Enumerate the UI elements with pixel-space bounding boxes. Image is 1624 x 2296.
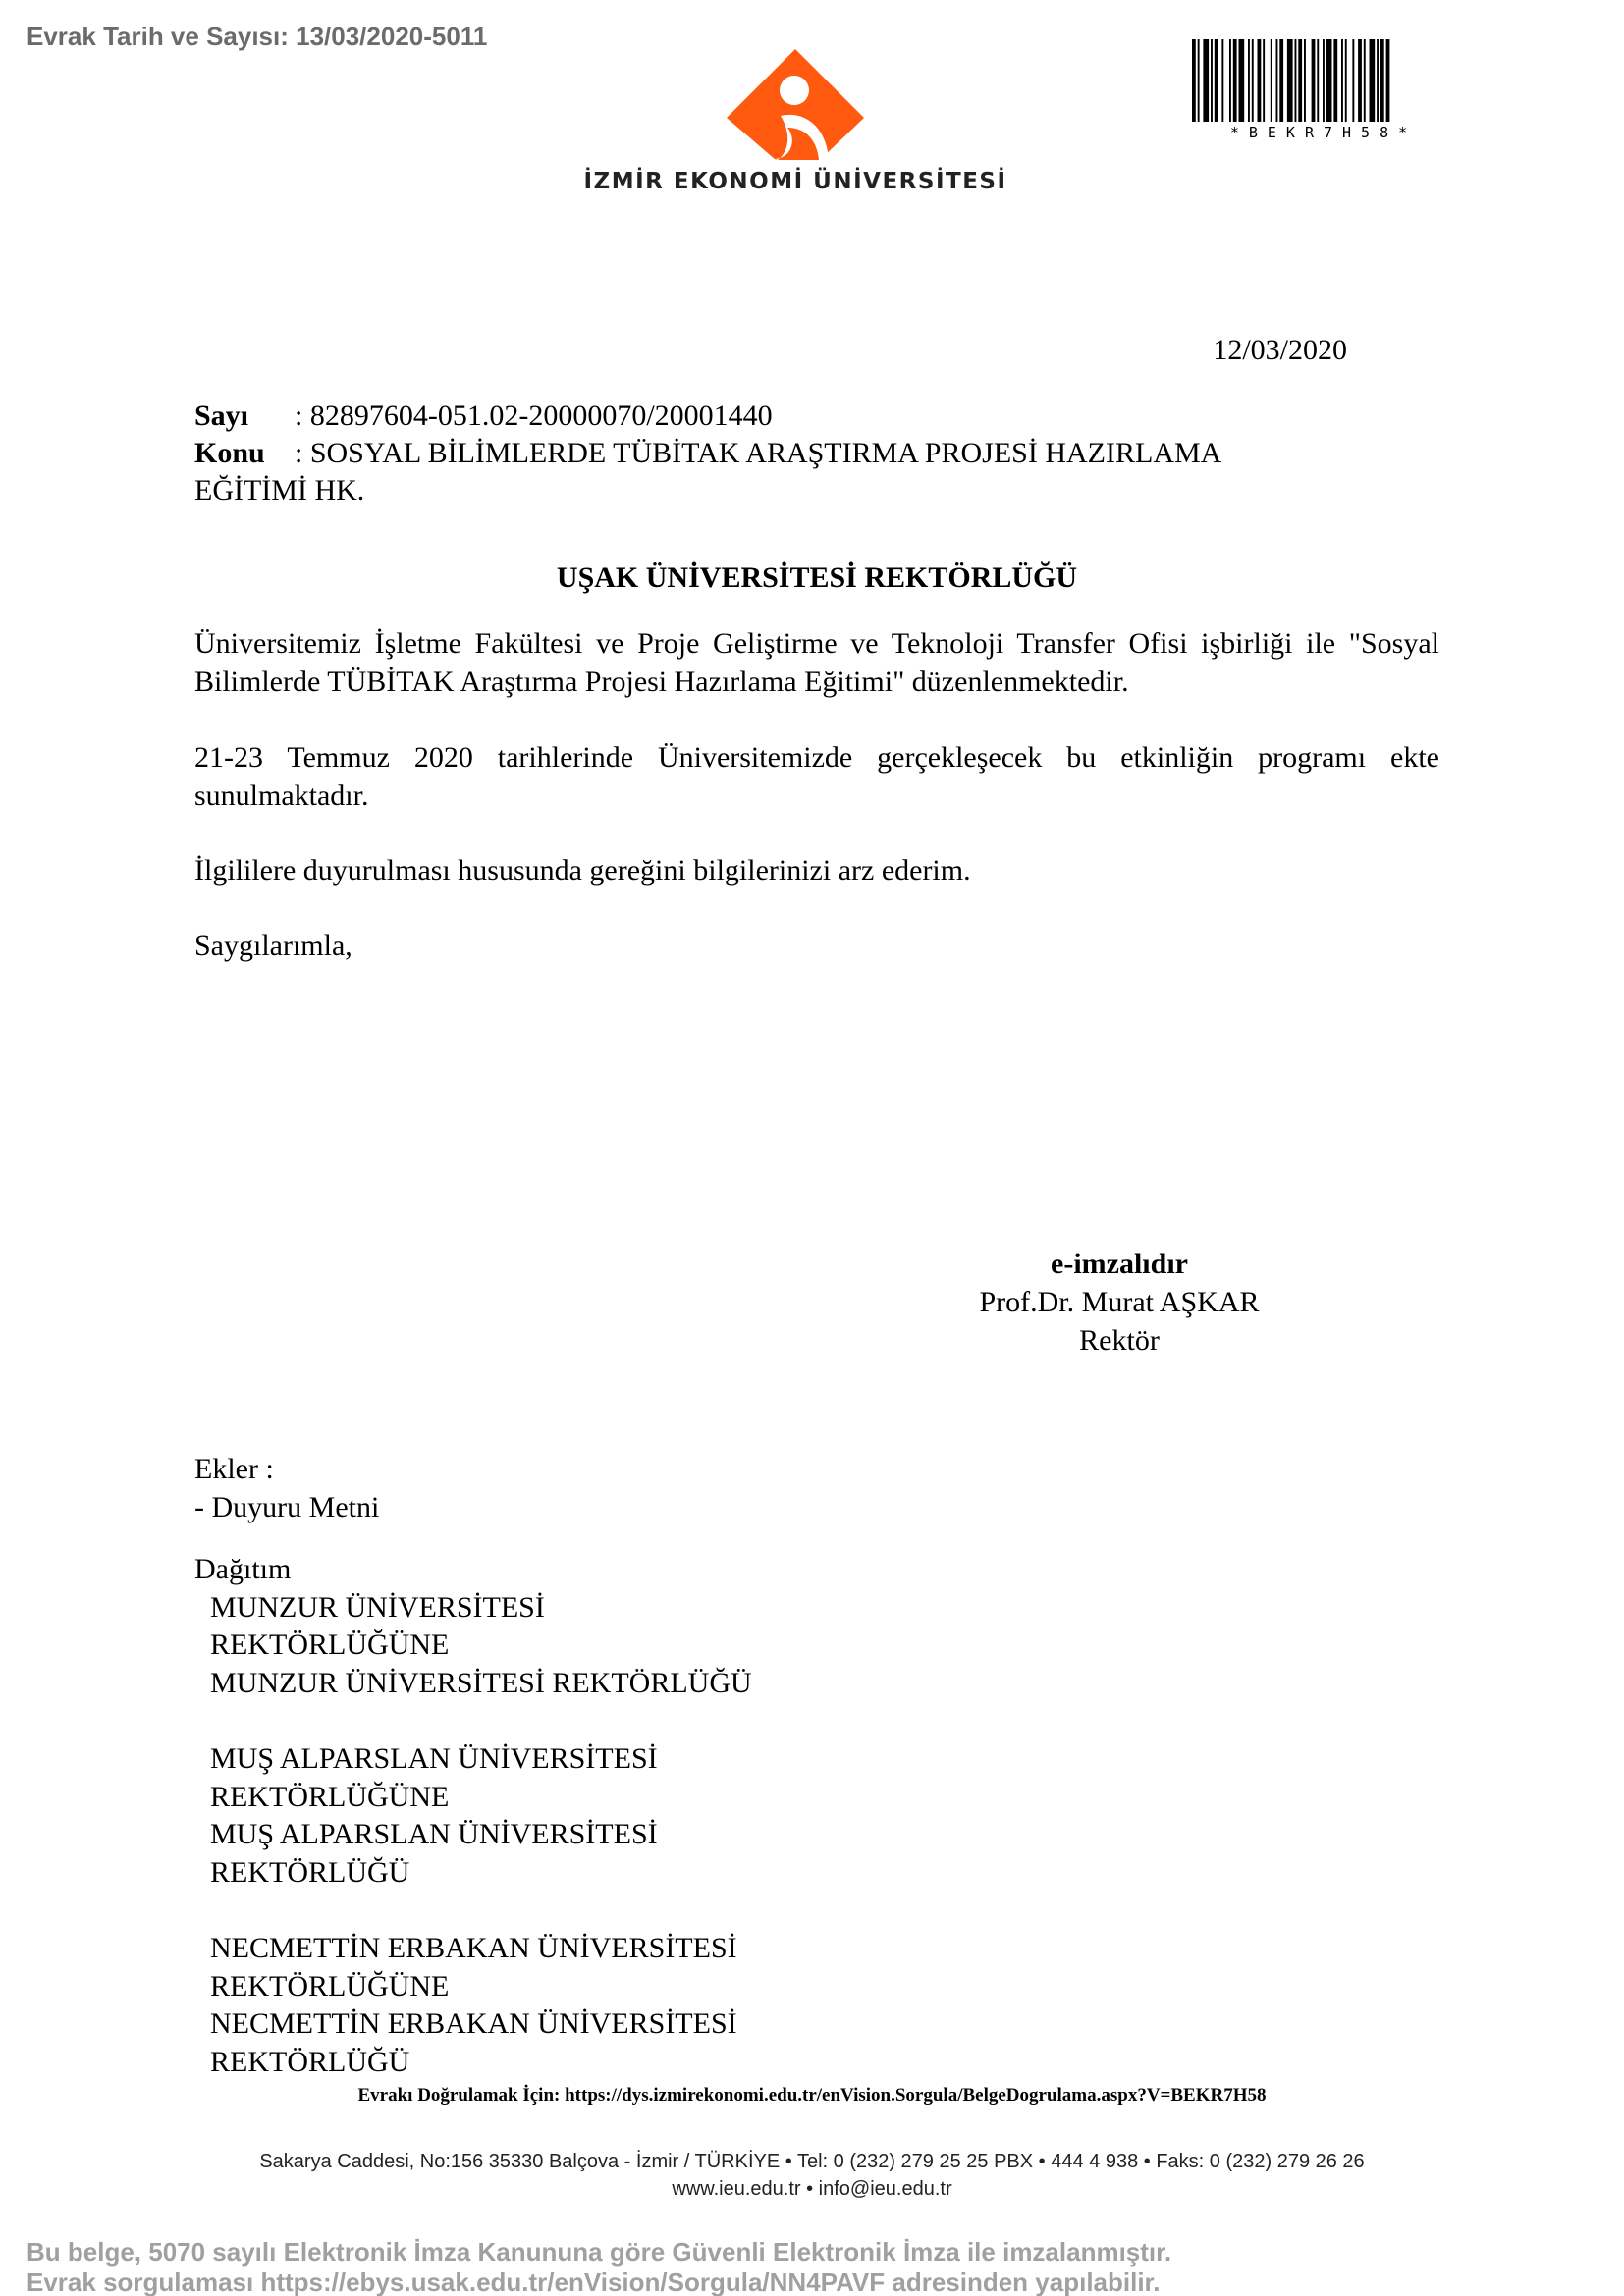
konu-label: Konu xyxy=(194,435,295,472)
distribution-recipient-line: REKTÖRLÜĞÜ xyxy=(194,1854,752,1893)
konu-value: : SOSYAL BİLİMLERDE TÜBİTAK ARAŞTIRMA PR… xyxy=(295,435,1221,472)
contact-line: www.ieu.edu.tr • info@ieu.edu.tr xyxy=(0,2175,1624,2203)
izmir-ekonomi-logo-icon xyxy=(727,49,864,167)
addressee-heading: UŞAK ÜNİVERSİTESİ REKTÖRLÜĞÜ xyxy=(194,561,1439,595)
letter-date: 12/03/2020 xyxy=(1213,334,1347,367)
signer-title: Rektör xyxy=(923,1321,1316,1360)
attachments-label: Ekler : xyxy=(194,1450,379,1488)
document-query-text: Evrak sorgulaması https://ebys.usak.edu.… xyxy=(27,2268,1171,2296)
distribution-group: MUNZUR ÜNİVERSİTESİREKTÖRLÜĞÜNEMUNZUR ÜN… xyxy=(194,1589,752,1703)
document-barcode: *BEKR7H58* xyxy=(1190,39,1457,142)
body-paragraph: Üniversitemiz İşletme Fakültesi ve Proje… xyxy=(194,624,1439,701)
signature-block: e-imzalıdır Prof.Dr. Murat AŞKAR Rektör xyxy=(923,1245,1316,1360)
distribution-recipient-line: REKTÖRLÜĞÜ xyxy=(194,2044,752,2082)
letter-meta: Sayı : 82897604-051.02-20000070/20001440… xyxy=(194,398,1441,509)
distribution-recipient-line: NECMETTİN ERBAKAN ÜNİVERSİTESİ xyxy=(194,2005,752,2044)
footer-address: Sakarya Caddesi, No:156 35330 Balçova - … xyxy=(0,2148,1624,2203)
distribution-recipient-line: MUNZUR ÜNİVERSİTESİ REKTÖRLÜĞÜ xyxy=(194,1665,752,1703)
university-name-logo-text: İZMİR EKONOMİ ÜNİVERSİTESİ xyxy=(579,169,1011,194)
barcode-icon xyxy=(1190,39,1457,122)
distribution-recipient-line: MUNZUR ÜNİVERSİTESİ xyxy=(194,1589,752,1628)
distribution-recipient-line: REKTÖRLÜĞÜNE xyxy=(194,1627,752,1665)
attachments-section: Ekler : - Duyuru Metni xyxy=(194,1450,379,1526)
distribution-label: Dağıtım xyxy=(194,1551,752,1589)
e-signature-note: Bu belge, 5070 sayılı Elektronik İmza Ka… xyxy=(27,2237,1171,2296)
distribution-group: MUŞ ALPARSLAN ÜNİVERSİTESİREKTÖRLÜĞÜNEMU… xyxy=(194,1740,752,1892)
distribution-list: MUNZUR ÜNİVERSİTESİREKTÖRLÜĞÜNEMUNZUR ÜN… xyxy=(194,1589,752,2082)
distribution-recipient-line: NECMETTİN ERBAKAN ÜNİVERSİTESİ xyxy=(194,1930,752,1968)
sayi-value: : 82897604-051.02-20000070/20001440 xyxy=(295,398,773,435)
distribution-recipient-line: REKTÖRLÜĞÜNE xyxy=(194,1779,752,1817)
body-paragraph: 21-23 Temmuz 2020 tarihlerinde Üniversit… xyxy=(194,738,1439,815)
closing-salutation: Saygılarımla, xyxy=(194,927,1439,965)
konu-value-continued: EĞİTİMİ HK. xyxy=(194,472,1441,509)
attachment-item: - Duyuru Metni xyxy=(194,1488,379,1526)
distribution-section: Dağıtım MUNZUR ÜNİVERSİTESİREKTÖRLÜĞÜNEM… xyxy=(194,1551,752,2081)
distribution-group: NECMETTİN ERBAKAN ÜNİVERSİTESİREKTÖRLÜĞÜ… xyxy=(194,1930,752,2081)
distribution-recipient-line: REKTÖRLÜĞÜNE xyxy=(194,1968,752,2006)
verification-link[interactable]: Evrakı Doğrulamak İçin: https://dys.izmi… xyxy=(0,2085,1624,2107)
body-paragraph: İlgililere duyurulması hususunda gereğin… xyxy=(194,851,1439,889)
barcode-text: *BEKR7H58* xyxy=(1190,124,1457,141)
e-signed-label: e-imzalıdır xyxy=(923,1245,1316,1283)
distribution-recipient-line: MUŞ ALPARSLAN ÜNİVERSİTESİ xyxy=(194,1740,752,1779)
distribution-recipient-line: MUŞ ALPARSLAN ÜNİVERSİTESİ xyxy=(194,1816,752,1854)
signer-name: Prof.Dr. Murat AŞKAR xyxy=(923,1283,1316,1321)
e-signature-law-text: Bu belge, 5070 sayılı Elektronik İmza Ka… xyxy=(27,2237,1171,2268)
address-line: Sakarya Caddesi, No:156 35330 Balçova - … xyxy=(0,2148,1624,2175)
university-logo: İZMİR EKONOMİ ÜNİVERSİTESİ xyxy=(579,49,1011,206)
document-date-number-stamp: Evrak Tarih ve Sayısı: 13/03/2020-5011 xyxy=(27,22,487,52)
sayi-label: Sayı xyxy=(194,398,295,435)
